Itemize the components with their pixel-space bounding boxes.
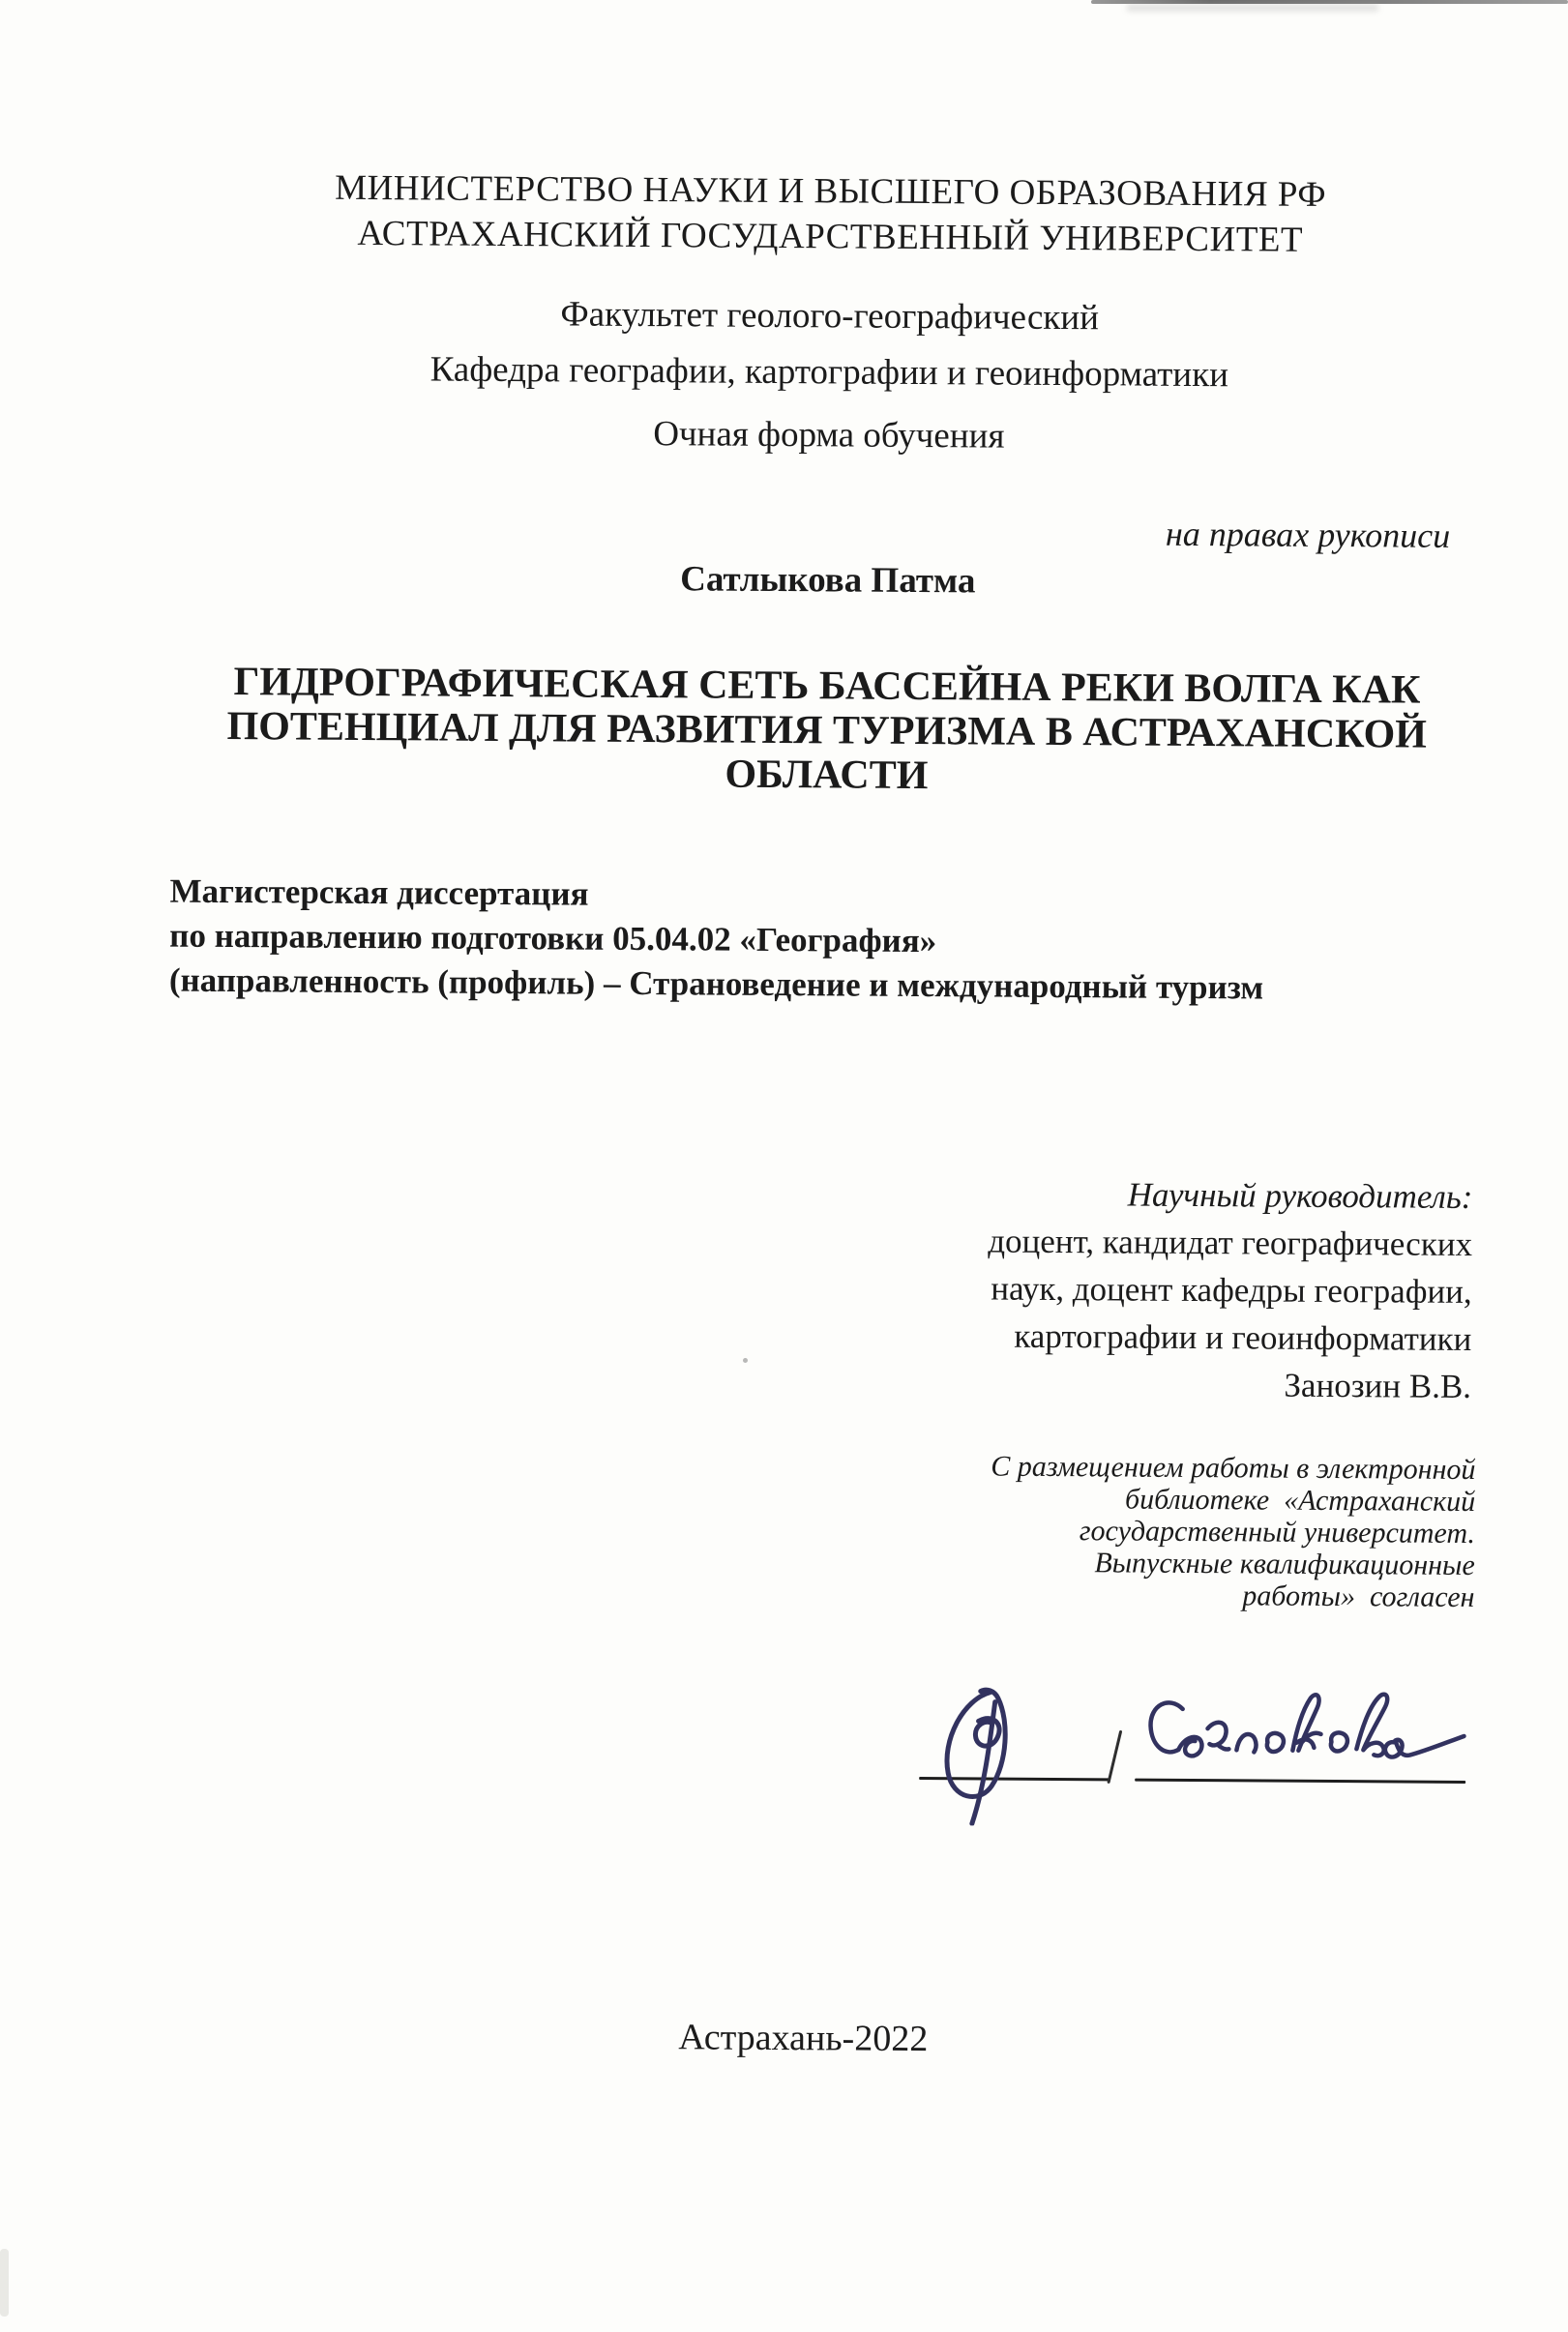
manuscript-note: на правах рукописи xyxy=(1166,514,1450,556)
signature-flourish xyxy=(933,1680,1046,1826)
degree-info: Магистерская диссертация по направлению … xyxy=(169,870,1264,1011)
supervisor-line-1: доцент, кандидат географических xyxy=(988,1218,1472,1268)
signature-handwritten-name xyxy=(1143,1688,1468,1786)
degree-line-1: Магистерская диссертация xyxy=(169,870,1264,922)
page-content: МИНИСТЕРСТВО НАУКИ И ВЫСШЕГО ОБРАЗОВАНИЯ… xyxy=(0,0,1568,2332)
thesis-title-line-2: ПОТЕНЦИАЛ ДЛЯ РАЗВИТИЯ ТУРИЗМА В АСТРАХА… xyxy=(179,704,1475,757)
consent-line-4: Выпускные квалификационные xyxy=(990,1547,1474,1581)
supervisor-name: Занозин В.В. xyxy=(987,1360,1471,1410)
faculty-line: Факультет геолого-географический xyxy=(182,291,1478,341)
consent-block: С размещением работы в электронной библи… xyxy=(990,1451,1475,1613)
degree-line-3: (направленность (профиль) – Страноведени… xyxy=(169,959,1264,1011)
scanned-thesis-title-page: МИНИСТЕРСТВО НАУКИ И ВЫСШЕГО ОБРАЗОВАНИЯ… xyxy=(0,0,1568,2332)
signature-slash xyxy=(1104,1727,1125,1786)
ministry-line: МИНИСТЕРСТВО НАУКИ И ВЫСШЕГО ОБРАЗОВАНИЯ… xyxy=(182,166,1478,217)
department-line: Кафедра географии, картографии и геоинфо… xyxy=(181,347,1477,398)
study-form-line: Очная форма обучения xyxy=(181,410,1477,460)
consent-line-2: библиотеке «Астраханский xyxy=(991,1483,1475,1518)
consent-line-5: работы» согласен xyxy=(990,1579,1474,1613)
degree-line-2: по направлению подготовки 05.04.02 «Геог… xyxy=(169,914,1264,966)
thesis-title: ГИДРОГРАФИЧЕСКАЯ СЕТЬ БАССЕЙНА РЕКИ ВОЛГ… xyxy=(178,660,1475,802)
supervisor-line-3: картографии и геоинформатики xyxy=(987,1313,1471,1363)
consent-line-1: С размещением работы в электронной xyxy=(991,1451,1475,1486)
consent-line-3: государственный университет. xyxy=(991,1515,1475,1550)
scan-artifact-top-smudge xyxy=(1127,4,1378,12)
supervisor-block: Научный руководитель: доцент, кандидат г… xyxy=(987,1170,1472,1410)
supervisor-label: Научный руководитель: xyxy=(988,1170,1472,1221)
scan-artifact-dot xyxy=(743,1358,748,1363)
author-name: Сатлыкова Патма xyxy=(180,555,1476,605)
scan-artifact-left-edge xyxy=(0,2249,9,2317)
university-line: АСТРАХАНСКИЙ ГОСУДАРСТВЕННЫЙ УНИВЕРСИТЕТ xyxy=(182,212,1478,262)
city-year: Астрахань-2022 xyxy=(169,2013,1436,2064)
thesis-title-line-3: ОБЛАСТИ xyxy=(178,749,1474,802)
supervisor-line-2: наук, доцент кафедры географии, xyxy=(988,1265,1472,1315)
